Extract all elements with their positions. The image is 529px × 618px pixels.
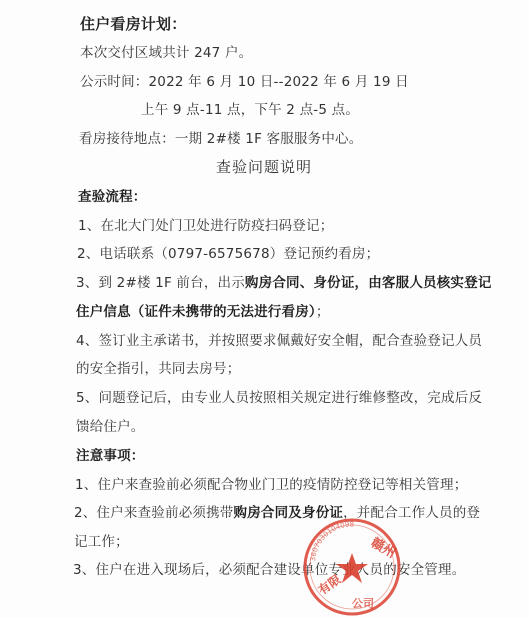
- svg-text:3607030104098: 3607030104098: [309, 520, 354, 561]
- note-3: 3、住户在进入现场后，必须配合建设单位专业人员的安全管理。: [73, 562, 465, 578]
- step-3-bold-text-2: 住户信息（证件未携带的无法进行看房）: [76, 304, 316, 320]
- step-5-text: 5、问题登记后，由专业人员按照相关规定进行维修整改，完成后反: [76, 390, 482, 406]
- official-seal-stamp: 3607030104098 赣州 有限 公司: [302, 517, 402, 617]
- step-2-text: 2、电话联系（0797-6575678）登记预约看房；: [77, 246, 379, 262]
- step-4-line-1: 4、签订业主承诺书，并按照要求佩戴好安全帽，配合查验登记人员: [76, 333, 482, 349]
- total-households: 本次交付区域共计 247 户。: [80, 45, 252, 61]
- note-2-line-2: 记工作；: [74, 534, 129, 550]
- step-2: 2、电话联系（0797-6575678）登记预约看房；: [77, 246, 379, 262]
- note-1: 1、住户来查验前必须配合物业门卫的疫情防控登记等相关管理；: [75, 477, 467, 493]
- inspection-title: 查验问题说明: [216, 159, 312, 175]
- svg-text:公司: 公司: [352, 596, 374, 610]
- reception-location: 看房接待地点：一期 2#楼 1F 客服服务中心。: [79, 131, 362, 147]
- note-3-text: 3、住户在进入现场后，必须配合建设单位专业人员的安全管理。: [73, 562, 465, 578]
- step-1-text: 1、在北大门处门卫处进行防疫扫码登记；: [78, 218, 333, 234]
- notes-heading: 注意事项：: [76, 448, 145, 464]
- step-4-line-2: 的安全指引，共同去房号；: [76, 361, 240, 377]
- publicity-time: 公示时间：2022 年 6 月 10 日--2022 年 6 月 19 日: [80, 74, 409, 90]
- note-2-line-1: 2、住户来查验前必须携带购房合同及身份证，并配合工作人员的登: [74, 505, 480, 521]
- step-5-text-2: 馈给住户。: [76, 419, 145, 435]
- step-3-text: 3、到 2#楼 1F 前台，出示: [76, 275, 245, 291]
- step-5-line-1: 5、问题登记后，由专业人员按照相关规定进行维修整改，完成后反: [76, 390, 482, 406]
- step-3-line-2: 住户信息（证件未携带的无法进行看房）；: [76, 304, 330, 320]
- plan-heading: 住户看房计划：: [80, 16, 186, 32]
- step-3-line-1: 3、到 2#楼 1F 前台，出示购房合同、身份证，由客服人员核实登记: [76, 275, 492, 291]
- step-5-line-2: 馈给住户。: [76, 419, 145, 435]
- step-3-punct: ；: [316, 304, 330, 320]
- daily-hours: 上午 9 点-11 点，下午 2 点-5 点。: [141, 102, 359, 118]
- note-2-text: 2、住户来查验前必须携带: [74, 505, 234, 521]
- step-4-text: 4、签订业主承诺书，并按照要求佩戴好安全帽，配合查验登记人员: [76, 333, 482, 349]
- step-4-text-2: 的安全指引，共同去房号；: [76, 361, 240, 377]
- step-3-bold-text: 购房合同、身份证，由客服人员核实登记: [245, 275, 492, 291]
- star-icon: [336, 553, 368, 583]
- document-page: 住户看房计划： 本次交付区域共计 247 户。 公示时间：2022 年 6 月 …: [0, 0, 529, 618]
- publicity-time-value: 2022 年 6 月 10 日--2022 年 6 月 19 日: [149, 74, 409, 90]
- process-heading: 查验流程：: [78, 189, 147, 205]
- publicity-time-label: 公示时间：: [80, 74, 149, 90]
- note-1-text: 1、住户来查验前必须配合物业门卫的疫情防控登记等相关管理；: [75, 477, 467, 493]
- note-2-text-2: 记工作；: [74, 534, 129, 550]
- step-1: 1、在北大门处门卫处进行防疫扫码登记；: [78, 218, 333, 234]
